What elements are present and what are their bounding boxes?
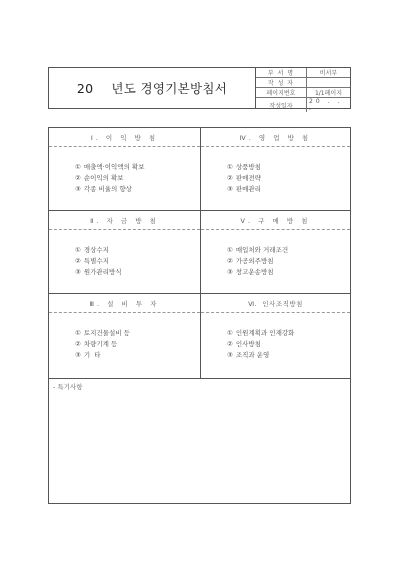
item-list: ①인원계획과 인재강화 ②인사방침 ③조직과 운영 — [201, 313, 350, 361]
policy-sales: Ⅳ. 영 업 방 침 ①상품방침 ②판매전략 ③판매관리 — [201, 128, 350, 210]
document-info-table: 부 서 명 비서부 작 성 자 페이지번호 1/1페이지 작성일자 20 . .… — [256, 68, 350, 108]
list-item[interactable]: ①토지건물설비 등 — [75, 328, 200, 339]
title-text: 년도 경영기본방침서 — [111, 79, 227, 97]
list-item[interactable]: ①매출액·이익액의 확보 — [75, 162, 200, 173]
section-heading: Ⅵ. 인사조직방침 — [201, 294, 350, 313]
policy-purchasing: Ⅴ. 구 매 방 침 ①매입처와 거래조건 ②가공외주방침 ③창고운송방침 — [201, 211, 350, 293]
author-value[interactable] — [307, 78, 350, 87]
list-item[interactable]: ③각종 비율의 향상 — [75, 184, 200, 195]
policy-hr-org: Ⅵ. 인사조직방침 ①인원계획과 인재강화 ②인사방침 ③조직과 운영 — [201, 294, 350, 378]
list-item[interactable]: ②가공외주방침 — [227, 256, 350, 267]
policy-row-1: Ⅰ. 이 익 방 침 ①매출액·이익액의 확보 ②순이익의 확보 ③각종 비율의… — [49, 128, 350, 211]
info-label: 작 성 자 — [256, 78, 307, 87]
section-heading: Ⅳ. 영 업 방 침 — [201, 128, 350, 147]
policy-table: Ⅰ. 이 익 방 침 ①매출액·이익액의 확보 ②순이익의 확보 ③각종 비율의… — [48, 127, 351, 504]
section-heading: Ⅲ. 설 비 투 자 — [49, 294, 200, 313]
list-item[interactable]: ③원가관리방식 — [75, 267, 200, 278]
section-heading: Ⅴ. 구 매 방 침 — [201, 211, 350, 230]
policy-profit: Ⅰ. 이 익 방 침 ①매출액·이익액의 확보 ②순이익의 확보 ③각종 비율의… — [49, 128, 201, 210]
special-notes-label: - 특기사항 — [49, 379, 350, 391]
list-item[interactable]: ②판매전략 — [227, 173, 350, 184]
document-title: 20 년도 경영기본방침서 — [49, 68, 256, 108]
list-item[interactable]: ③판매관리 — [227, 184, 350, 195]
list-item[interactable]: ②인사방침 — [227, 339, 350, 350]
list-item[interactable]: ①매입처와 거래조건 — [227, 245, 350, 256]
item-list: ①매출액·이익액의 확보 ②순이익의 확보 ③각종 비율의 향상 — [49, 147, 200, 195]
item-list: ①토지건물설비 등 ②차량기계 등 ③기 타 — [49, 313, 200, 361]
info-row-author: 작 성 자 — [256, 78, 350, 88]
list-item[interactable]: ③창고운송방침 — [227, 267, 350, 278]
document-header: 20 년도 경영기본방침서 부 서 명 비서부 작 성 자 페이지번호 1/1페… — [48, 67, 351, 109]
list-item[interactable]: ①경상수지 — [75, 245, 200, 256]
special-notes-area[interactable]: - 특기사항 — [49, 379, 350, 503]
list-item[interactable]: ③기 타 — [75, 350, 200, 361]
list-item[interactable]: ②순이익의 확보 — [75, 173, 200, 184]
list-item[interactable]: ①상품방침 — [227, 162, 350, 173]
date-value[interactable]: 20 . . . — [307, 98, 350, 112]
policy-funds: Ⅱ. 자 금 방 침 ①경상수지 ②특별수지 ③원가관리방식 — [49, 211, 201, 293]
section-heading: Ⅱ. 자 금 방 침 — [49, 211, 200, 230]
info-label: 작성일자 — [256, 98, 307, 112]
item-list: ①경상수지 ②특별수지 ③원가관리방식 — [49, 230, 200, 278]
policy-row-2: Ⅱ. 자 금 방 침 ①경상수지 ②특별수지 ③원가관리방식 Ⅴ. 구 매 방 … — [49, 211, 350, 294]
page-number-value: 1/1페이지 — [307, 88, 350, 97]
list-item[interactable]: ③조직과 운영 — [227, 350, 350, 361]
info-row-department: 부 서 명 비서부 — [256, 68, 350, 78]
list-item[interactable]: ②특별수지 — [75, 256, 200, 267]
info-row-page-number: 페이지번호 1/1페이지 — [256, 88, 350, 98]
info-row-date: 작성일자 20 . . . — [256, 98, 350, 112]
item-list: ①매입처와 거래조건 ②가공외주방침 ③창고운송방침 — [201, 230, 350, 278]
info-label: 부 서 명 — [256, 68, 307, 77]
info-label: 페이지번호 — [256, 88, 307, 97]
list-item[interactable]: ②차량기계 등 — [75, 339, 200, 350]
department-value[interactable]: 비서부 — [307, 68, 350, 77]
section-heading: Ⅰ. 이 익 방 침 — [49, 128, 200, 147]
policy-capex: Ⅲ. 설 비 투 자 ①토지건물설비 등 ②차량기계 등 ③기 타 — [49, 294, 201, 378]
policy-row-3: Ⅲ. 설 비 투 자 ①토지건물설비 등 ②차량기계 등 ③기 타 Ⅵ. 인사조… — [49, 294, 350, 379]
list-item[interactable]: ①인원계획과 인재강화 — [227, 328, 350, 339]
title-year[interactable]: 20 — [77, 81, 94, 96]
item-list: ①상품방침 ②판매전략 ③판매관리 — [201, 147, 350, 195]
